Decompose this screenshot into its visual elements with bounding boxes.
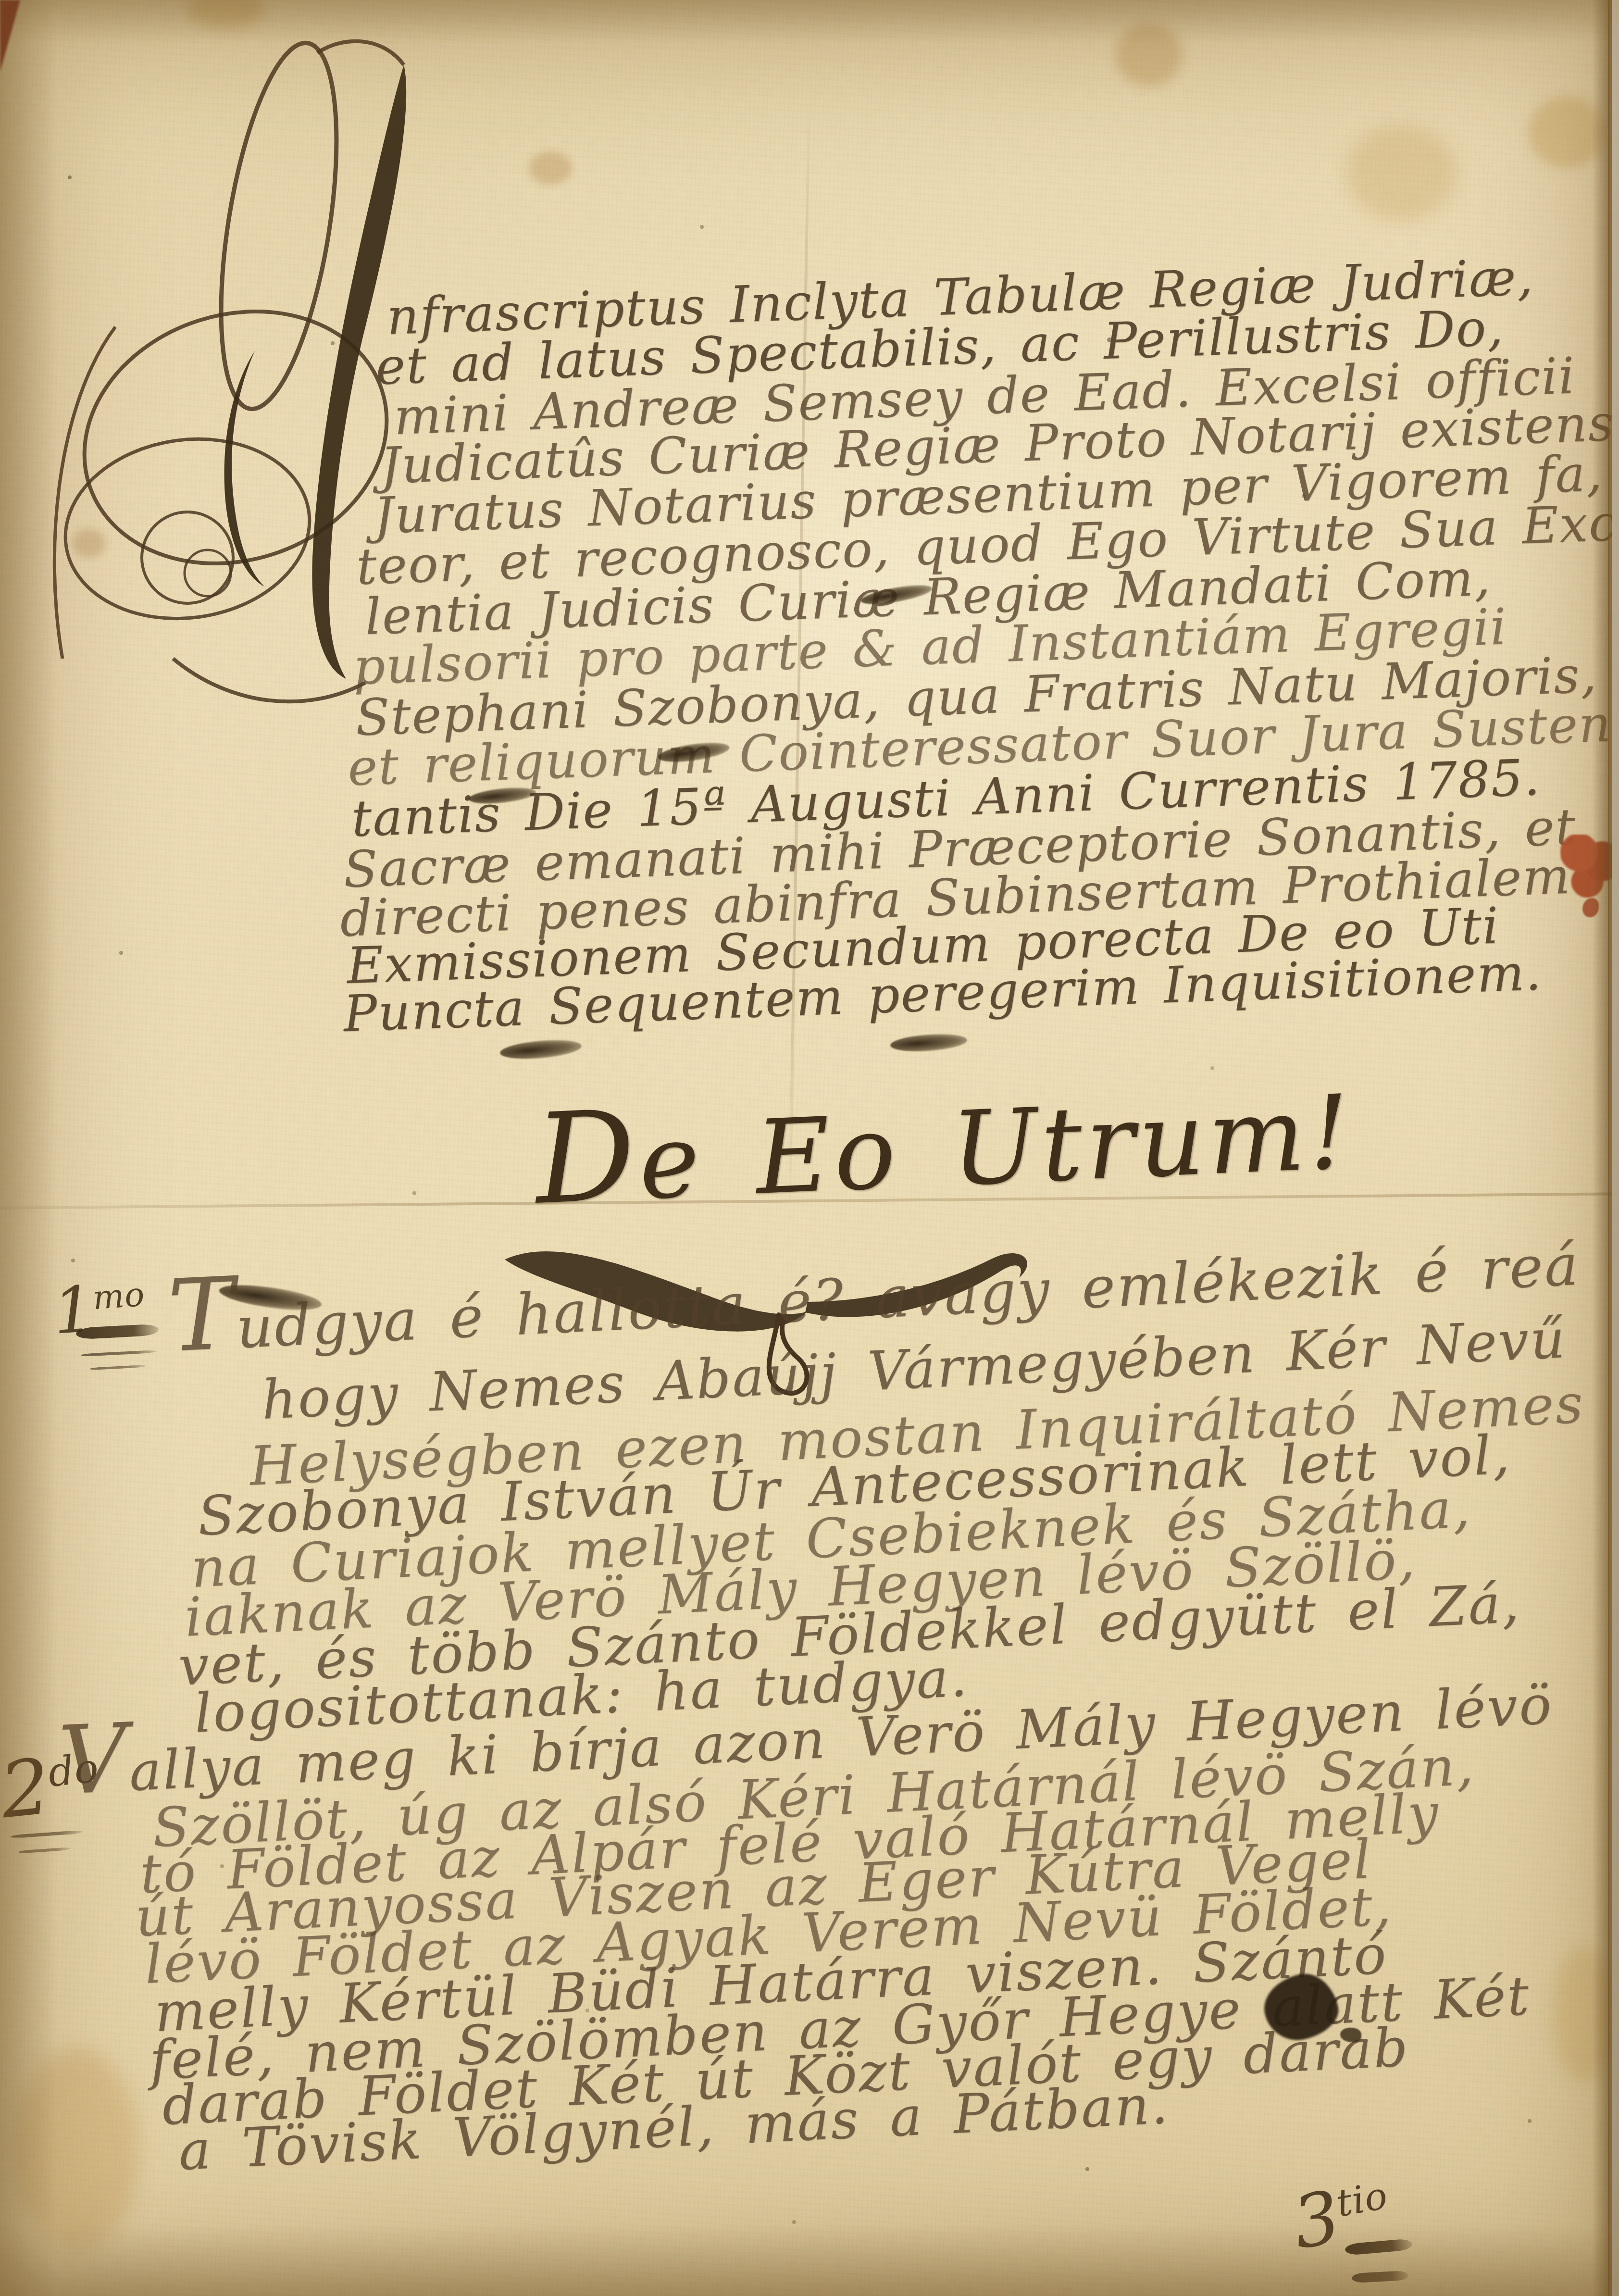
edge-shadow-top: [0, 0, 1619, 43]
edge-shadow-bottom: [0, 2224, 1619, 2296]
ink-blot-satellite: [1340, 2028, 1361, 2042]
background-beyond-page: [1612, 0, 1619, 2296]
marker-underline-thin: [89, 1365, 146, 1370]
dark-red-corner: [0, 0, 20, 72]
edge-shadow-left: [0, 0, 58, 2296]
marker-ordinal: mo: [91, 1275, 146, 1317]
stain-small-1: [529, 151, 572, 185]
manuscript-page: nfrascriptus Inclyta Tabulæ Regiæ Judriæ…: [0, 0, 1619, 2296]
page-edge-shading: [1592, 0, 1609, 2296]
quill-stroke: [890, 1032, 968, 1053]
page-edge-line: [1608, 0, 1612, 2296]
stain-top-right: [1346, 125, 1457, 221]
marker-underline-thin: [81, 1350, 157, 1357]
marker-ordinal: tio: [1333, 2174, 1391, 2225]
quill-stroke: [499, 1037, 582, 1062]
